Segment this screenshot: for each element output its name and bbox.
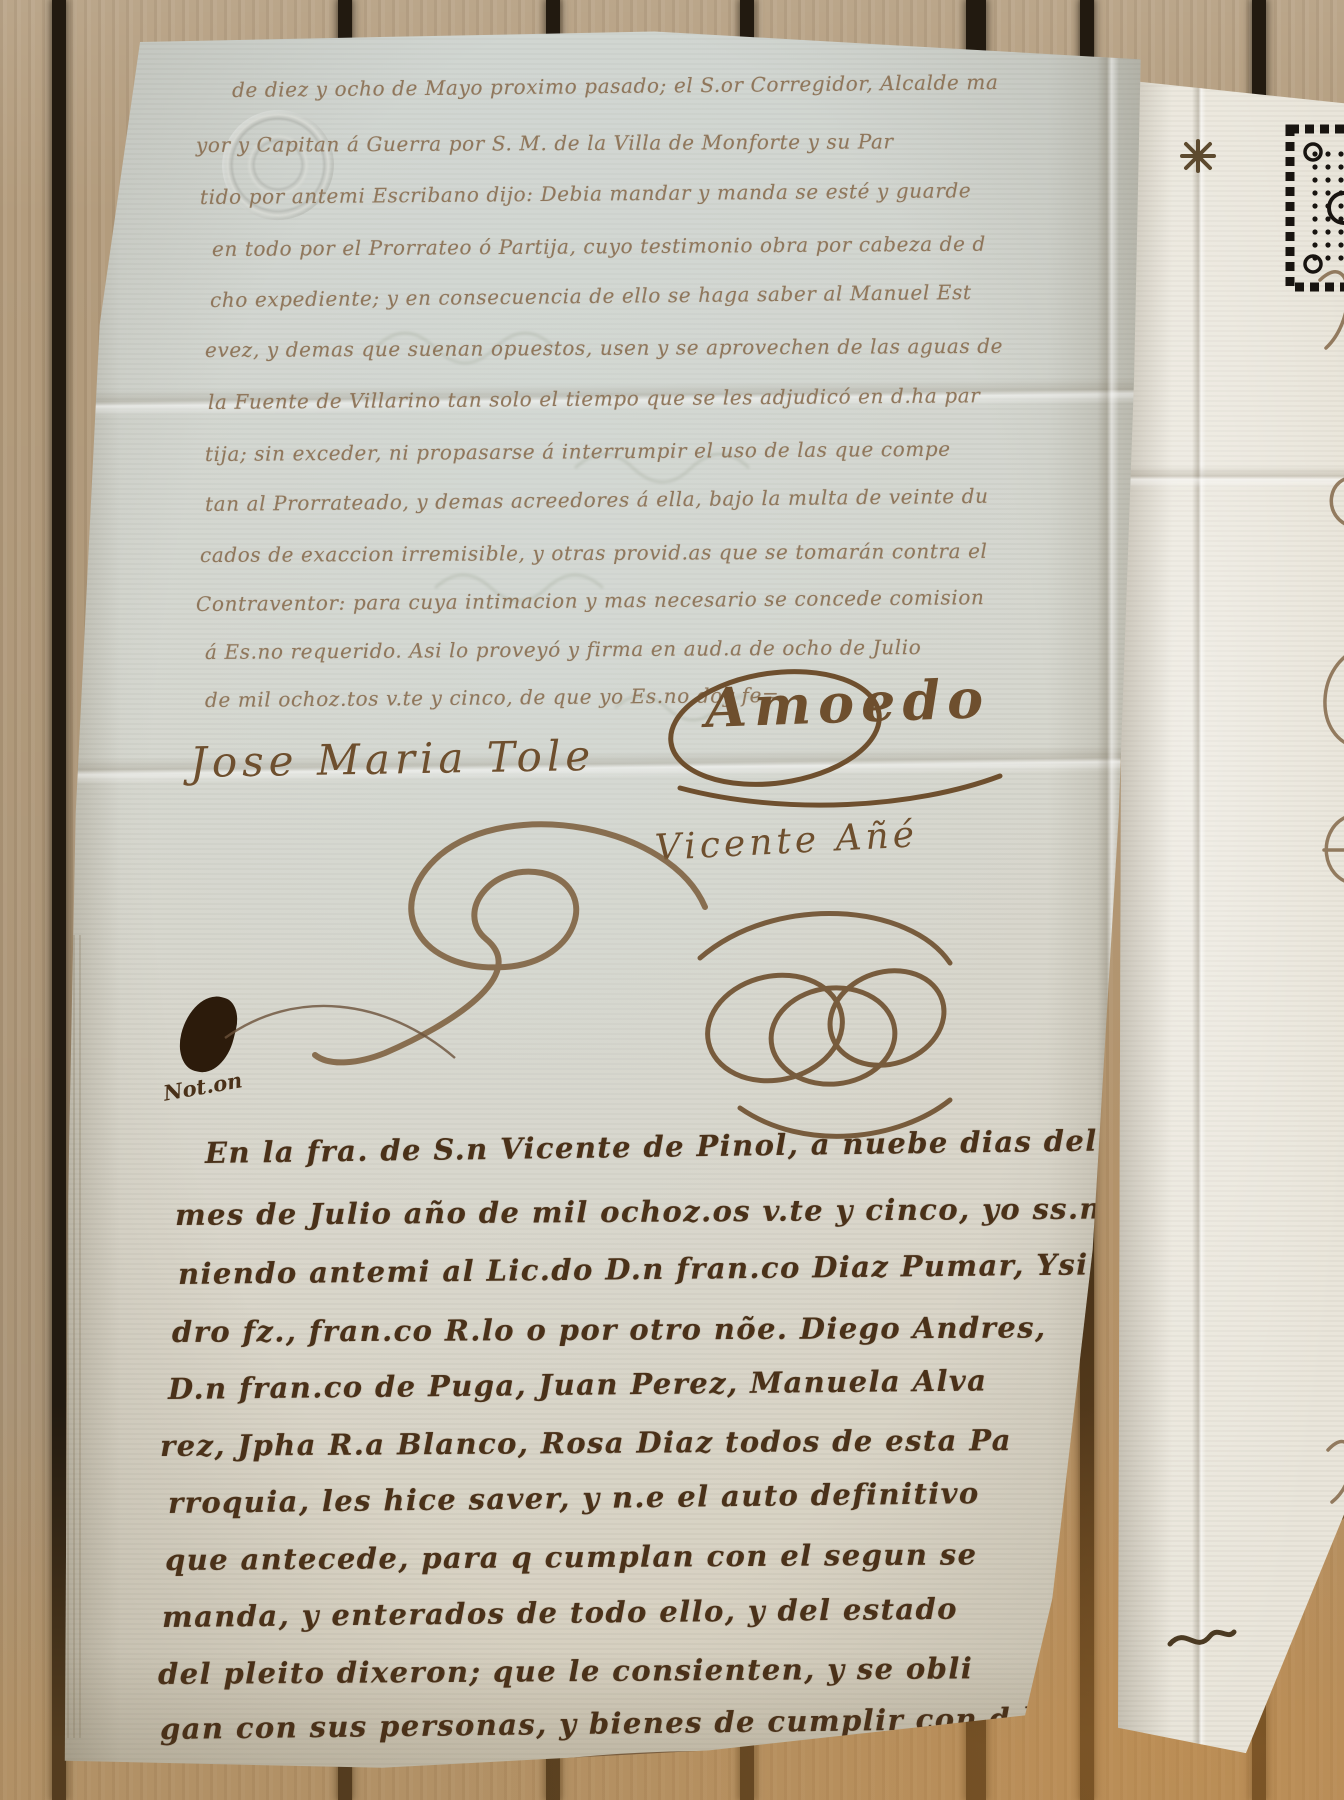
photo-scene: de diez y ocho de Mayo proximo pasado; e… bbox=[0, 0, 1344, 1800]
manuscript-line: D.n fran.co de Puga, Juan Perez, Manuela… bbox=[168, 1363, 988, 1406]
manuscript-line: de diez y ocho de Mayo proximo pasado; e… bbox=[232, 70, 999, 102]
stitch-thread-top bbox=[1176, 134, 1220, 178]
manuscript-line: del pleito dixeron; que le consienten, y… bbox=[158, 1651, 973, 1691]
right-page bbox=[1118, 80, 1344, 1770]
manuscript-line: rroquia, les hice saver, y n.e el auto d… bbox=[168, 1476, 980, 1520]
manuscript-page: de diez y ocho de Mayo proximo pasado; e… bbox=[55, 28, 1145, 1773]
manuscript-line: en todo por el Prorrateo ó Partija, cuyo… bbox=[212, 232, 986, 261]
manuscript-line: manda, y enterados de todo ello, y del e… bbox=[162, 1592, 958, 1634]
right-page-fold-crease bbox=[1192, 80, 1206, 1770]
manuscript-line: mes de Julio año de mil ochoz.os v.te y … bbox=[175, 1191, 1169, 1232]
embossed-seal bbox=[209, 97, 347, 234]
stitch-thread-bottom bbox=[1164, 1618, 1240, 1660]
signature-amoedo: Amoedo bbox=[704, 666, 991, 740]
ink-blot-hairline bbox=[205, 968, 465, 1108]
manuscript-line: yor y Capitan á Guerra por S. M. de la V… bbox=[196, 129, 894, 157]
manuscript-line: dro fz., fran.co R.lo o por otro nõe. Di… bbox=[172, 1310, 1047, 1349]
edge-flourishes bbox=[1258, 220, 1344, 1520]
manuscript-line: evez, y demas que suenan opuestos, usen … bbox=[205, 334, 1003, 362]
manuscript-line: rez, Jpha R.a Blanco, Rosa Diaz todos de… bbox=[160, 1423, 1012, 1463]
manuscript-line: cados de exaccion irremisible, y otras p… bbox=[200, 539, 988, 567]
manuscript-line: que antecede, para q cumplan con el segu… bbox=[165, 1537, 978, 1577]
manuscript-line: niendo antemi al Lic.do D.n fran.co Diaz… bbox=[178, 1247, 1089, 1291]
signature-jose-maria-tole: Jose Maria Tole bbox=[190, 731, 596, 787]
